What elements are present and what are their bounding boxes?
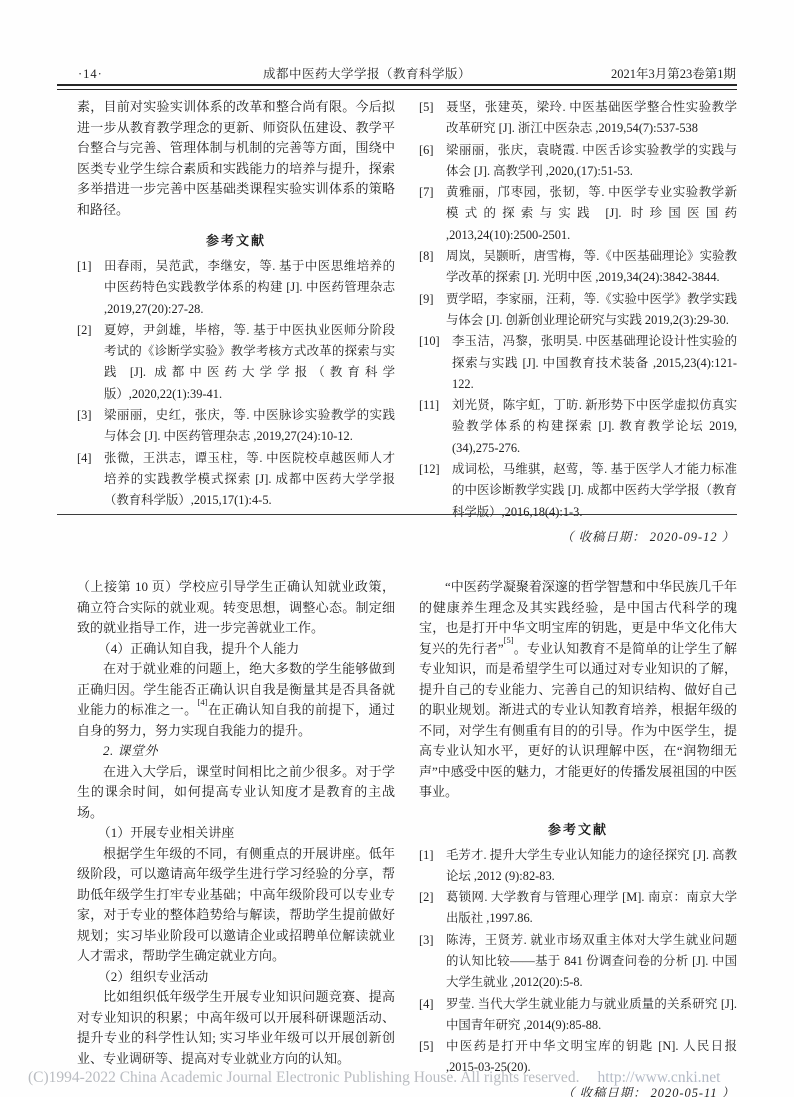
self-cognition-paragraph: 在对于就业难的问题上，绝大多数的学生能够做到正确归因。学生能否正确认识自我是衡量… xyxy=(77,659,395,741)
reference-item: [7] 黄雅丽，邝枣园，张韧，等. 中医学专业实验教学新模式的探索与实践 [J]… xyxy=(419,182,737,246)
reference-label: [5] xyxy=(419,97,433,118)
reference-item: [2] 葛锁网. 大学教育与管理心理学 [M]. 南京：南京大学出版社 ,199… xyxy=(419,887,737,930)
continued-from-paragraph: （上接第 10 页）学校应引导学生正确认知就业政策，确立符合实际的就业观。转变思… xyxy=(77,577,395,639)
reference-item: [8] 周岚，吴颢昕，唐雪梅，等.《中医基础理论》实验教学改革的探索 [J]. … xyxy=(419,246,737,289)
reference-item: [9] 贾学昭，李家丽，汪莉，等.《实验中医学》教学实践与体会 [J]. 创新创… xyxy=(419,289,737,332)
reference-label: [4] xyxy=(77,448,91,469)
issue-info: 2021年3月第23卷第1期 xyxy=(566,64,736,82)
reference-text: 张微，王洪志，谭玉柱，等. 中医院校卓越医师人才培养的实践教学模式探索 [J].… xyxy=(104,451,395,508)
article-2-section: （上接第 10 页）学校应引导学生正确认知就业政策，确立符合实际的就业观。转变思… xyxy=(77,577,737,1097)
reference-item: [6] 梁丽丽，张庆，袁晓霞. 中医舌诊实验教学的实践与体会 [J]. 高教学刊… xyxy=(419,140,737,183)
reference-label: [3] xyxy=(77,405,91,426)
reference-item: [5] 聂坚，张建英，梁玲. 中医基础医学整合性实验教学改革研究 [J]. 浙江… xyxy=(419,97,737,140)
received-date-1: （ 收稿日期： 2020-09-12 ） xyxy=(419,527,737,548)
reference-item: [1] 田春雨，吴范武，李继安，等. 基于中医思维培养的中医药特色实践教学体系的… xyxy=(77,256,395,320)
bottom-right-column: “中医药学凝聚着深邃的哲学智慧和中华民族几千年的健康养生理念及其实践经验，是中国… xyxy=(419,577,737,1097)
watermark-url: http://www.cnki.net xyxy=(597,1069,720,1086)
reference-item: [4] 张微，王洪志，谭玉柱，等. 中医院校卓越医师人才培养的实践教学模式探索 … xyxy=(77,448,395,512)
references-list-3: [1] 毛芳才. 提升大学生专业认知能力的途径探究 [J]. 高教论坛 ,201… xyxy=(419,845,737,1079)
references-heading-2: 参考文献 xyxy=(419,819,737,838)
subitem-2-heading: （2）组织专业活动 xyxy=(77,967,395,988)
reference-item: [4] 罗莹. 当代大学生就业能力与就业质量的关系研究 [J]. 中国青年研究 … xyxy=(419,994,737,1037)
reference-label: [1] xyxy=(77,256,91,277)
reference-label: [1] xyxy=(419,845,433,866)
reference-text: 聂坚，张建英，梁玲. 中医基础医学整合性实验教学改革研究 [J]. 浙江中医杂志… xyxy=(446,100,737,135)
header-double-rule xyxy=(57,84,737,90)
reference-label: [2] xyxy=(419,887,433,908)
lectures-paragraph: 根据学生年级的不同，有侧重点的开展讲座。低年级阶段，可以邀请高年级学生进行学习经… xyxy=(77,844,395,967)
top-right-column: [5] 聂坚，张建英，梁玲. 中医基础医学整合性实验教学改革研究 [J]. 浙江… xyxy=(419,97,737,548)
after-university-paragraph: 在进入大学后，课堂时间相比之前少很多。对于学生的课余时间，如何提高专业认知度才是… xyxy=(77,762,395,824)
reference-item: [3] 陈涛，王贤芳. 就业市场双重主体对大学生就业问题的认知比较——基于 84… xyxy=(419,930,737,994)
page-header: ·14· 成都中医药大学学报（教育科学版） 2021年3月第23卷第1期 xyxy=(78,64,736,82)
reference-label: [4] xyxy=(419,994,433,1015)
references-list-2: [5] 聂坚，张建英，梁玲. 中医基础医学整合性实验教学改革研究 [J]. 浙江… xyxy=(419,97,737,523)
article-1-closing-paragraph: 素，目前对实验实训体系的改革和整合尚有限。今后拟进一步从教育教学理念的更新、师资… xyxy=(77,97,395,220)
reference-item: [10] 李玉洁，冯黎，张明昊. 中医基础理论设计性实验的探索与实践 [J]. … xyxy=(419,331,737,395)
reference-text: 陈涛，王贤芳. 就业市场双重主体对大学生就业问题的认知比较——基于 841 份调… xyxy=(446,933,737,990)
activities-paragraph: 比如组织低年级学生开展专业知识问题竞赛、提高对专业知识的积累；中高年级可以开展科… xyxy=(77,987,395,1069)
reference-text: 成词松，马维骐，赵莺，等. 基于医学人才能力标准的中医诊断教学实践 [J]. 成… xyxy=(452,462,737,519)
reference-item: [2] 夏婷，尹剑雄，毕榕，等. 基于中医执业医师分阶段考试的《诊断学实验》教学… xyxy=(77,320,395,405)
reference-label: [8] xyxy=(419,246,433,267)
citation-superscript: [5] xyxy=(504,635,514,645)
reference-text: 黄雅丽，邝枣园，张韧，等. 中医学专业实验教学新模式的探索与实践 [J]. 时珍… xyxy=(446,185,737,242)
reference-text: 葛锁网. 大学教育与管理心理学 [M]. 南京：南京大学出版社 ,1997.86… xyxy=(446,890,737,925)
subitem-1-heading: （1）开展专业相关讲座 xyxy=(77,823,395,844)
reference-label: [2] xyxy=(77,320,91,341)
page-number: ·14· xyxy=(78,67,168,82)
reference-text: 田春雨，吴范武，李继安，等. 基于中医思维培养的中医药特色实践教学体系的构建 [… xyxy=(104,259,395,316)
reference-label: [7] xyxy=(419,182,433,203)
reference-text: 梁丽丽，史红，张庆，等. 中医脉诊实验教学的实践与体会 [J]. 中医药管理杂志… xyxy=(104,408,395,443)
journal-page: ·14· 成都中医药大学学报（教育科学版） 2021年3月第23卷第1期 素，目… xyxy=(0,0,794,1097)
reference-label: [11] xyxy=(419,395,439,416)
subitem-4-heading: （4）正确认知自我，提升个人能力 xyxy=(77,639,395,660)
reference-label: [5] xyxy=(419,1036,433,1057)
reference-item: [1] 毛芳才. 提升大学生专业认知能力的途径探究 [J]. 高教论坛 ,201… xyxy=(419,845,737,888)
reference-text: 刘光贤，陈宇虹，丁昉. 新形势下中医学虚拟仿真实验教学体系的构建探索 [J]. … xyxy=(452,398,737,455)
top-left-column: 素，目前对实验实训体系的改革和整合尚有限。今后拟进一步从教育教学理念的更新、师资… xyxy=(77,97,395,548)
reference-label: [12] xyxy=(419,459,440,480)
bottom-left-column: （上接第 10 页）学校应引导学生正确认知就业政策，确立符合实际的就业观。转变思… xyxy=(77,577,395,1097)
reference-text: 周岚，吴颢昕，唐雪梅，等.《中医基础理论》实验教学改革的探索 [J]. 光明中医… xyxy=(446,249,737,284)
references-heading-1: 参考文献 xyxy=(77,230,395,249)
cnki-watermark: (C)1994-2022 China Academic Journal Elec… xyxy=(28,1069,720,1087)
reference-label: [9] xyxy=(419,289,433,310)
tcm-quote-paragraph: “中医药学凝聚着深邃的哲学智慧和中华民族几千年的健康养生理念及其实践经验，是中国… xyxy=(419,577,737,803)
citation-superscript: [4] xyxy=(198,697,208,707)
reference-item: [11] 刘光贤，陈宇虹，丁昉. 新形势下中医学虚拟仿真实验教学体系的构建探索 … xyxy=(419,395,737,459)
reference-text: 梁丽丽，张庆，袁晓霞. 中医舌诊实验教学的实践与体会 [J]. 高教学刊 ,20… xyxy=(446,143,737,178)
reference-text: 李玉洁，冯黎，张明昊. 中医基础理论设计性实验的探索与实践 [J]. 中国教育技… xyxy=(452,334,737,391)
reference-text: 毛芳才. 提升大学生专业认知能力的途径探究 [J]. 高教论坛 ,2012 (9… xyxy=(446,848,737,883)
article-divider-rule xyxy=(57,514,737,515)
section-2-heading: 2. 课堂外 xyxy=(77,741,395,762)
reference-text: 贾学昭，李家丽，汪莉，等.《实验中医学》教学实践与体会 [J]. 创新创业理论研… xyxy=(446,292,737,327)
journal-title: 成都中医药大学学报（教育科学版） xyxy=(168,64,566,82)
watermark-copyright: (C)1994-2022 China Academic Journal Elec… xyxy=(28,1069,579,1086)
reference-label: [3] xyxy=(419,930,433,951)
reference-text: 罗莹. 当代大学生就业能力与就业质量的关系研究 [J]. 中国青年研究 ,201… xyxy=(446,997,737,1032)
reference-label: [6] xyxy=(419,140,433,161)
reference-label: [10] xyxy=(419,331,440,352)
references-list-1: [1] 田春雨，吴范武，李继安，等. 基于中医思维培养的中医药特色实践教学体系的… xyxy=(77,256,395,512)
reference-item: [3] 梁丽丽，史红，张庆，等. 中医脉诊实验教学的实践与体会 [J]. 中医药… xyxy=(77,405,395,448)
paragraph-text: 。专业认知教育不是简单的让学生了解专业知识，而是希望学生可以通过对专业知识的了解… xyxy=(419,641,737,800)
reference-text: 夏婷，尹剑雄，毕榕，等. 基于中医执业医师分阶段考试的《诊断学实验》教学考核方式… xyxy=(104,323,395,401)
article-1-section: 素，目前对实验实训体系的改革和整合尚有限。今后拟进一步从教育教学理念的更新、师资… xyxy=(77,97,737,548)
